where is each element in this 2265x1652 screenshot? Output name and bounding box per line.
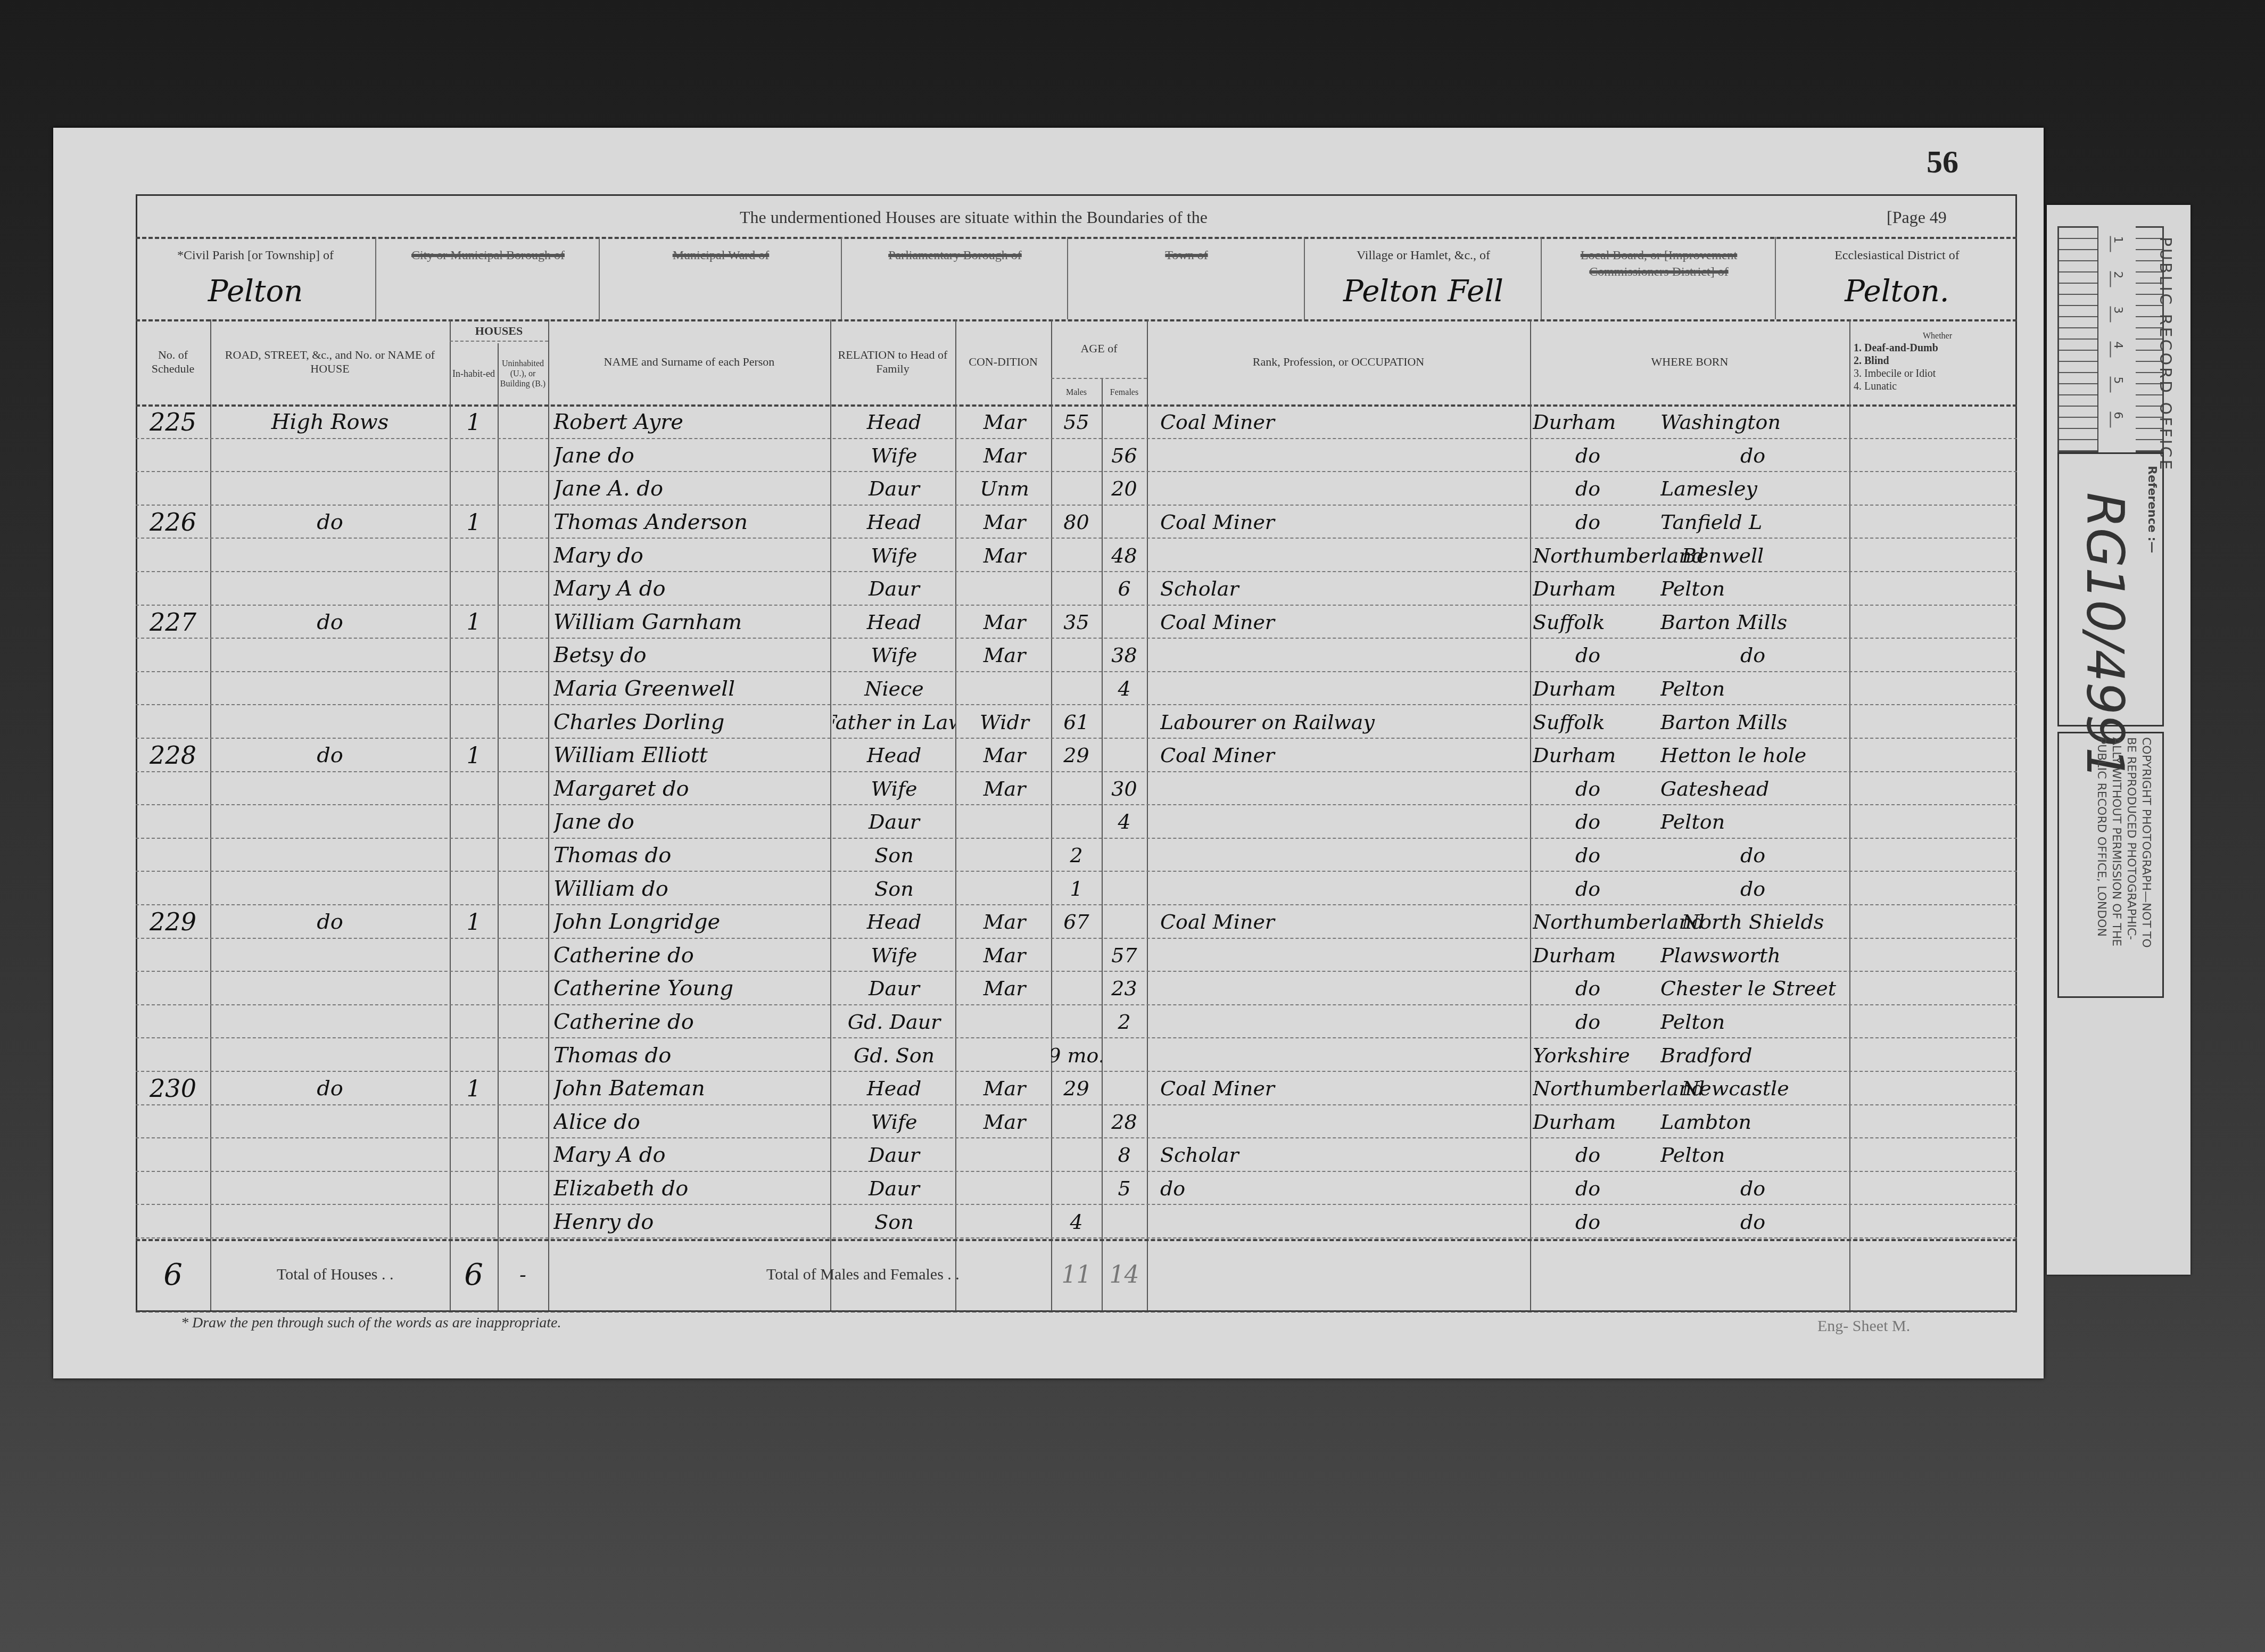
folio-stamp: 56: [1927, 144, 1958, 180]
cell-female: [1102, 1205, 1147, 1238]
cell-occupation: Coal Miner: [1160, 905, 1527, 939]
cell-male: [1051, 539, 1102, 572]
place-value: Pelton Fell: [1305, 274, 1542, 309]
cell-road: [210, 1005, 450, 1039]
cell-born-place: do: [1740, 439, 1852, 473]
cell-condition: [958, 1038, 1051, 1072]
cell-relation: Daur: [833, 1138, 955, 1172]
cell-born-place: Newcastle: [1682, 1072, 1852, 1105]
place-value: Pelton: [136, 274, 375, 309]
cell-name: Alice do: [553, 1105, 830, 1139]
cell-female: [1102, 705, 1147, 739]
divider: [136, 1310, 2017, 1312]
cell-female: [1102, 905, 1147, 939]
cell-inhabited: [450, 472, 498, 506]
cell-condition: [958, 1005, 1051, 1039]
cell-male: [1051, 772, 1102, 806]
cell-occupation: [1160, 805, 1527, 839]
cell-schedule: 228: [136, 739, 210, 772]
subheader-divider: [1051, 378, 1147, 379]
place-value: Pelton.: [1776, 274, 2018, 309]
cell-born-place: Gateshead: [1660, 772, 1852, 806]
cell-relation: Head: [833, 1072, 955, 1105]
cell-schedule: 230: [136, 1072, 210, 1105]
cell-name: John Bateman: [553, 1072, 830, 1105]
cell-road: [210, 705, 450, 739]
cell-inhabited: 1: [450, 506, 498, 539]
cell-female: [1102, 406, 1147, 439]
column-divider: [1147, 319, 1148, 1310]
scale-number: 5: [2110, 377, 2125, 393]
cell-road: do: [210, 1072, 450, 1105]
cell-male: [1051, 572, 1102, 606]
cell-inhabited: [450, 539, 498, 572]
total-houses-label: Total of Houses . .: [277, 1245, 447, 1304]
col-age: AGE of: [1051, 319, 1147, 378]
cell-female: 56: [1102, 439, 1147, 473]
cell-female: [1102, 872, 1147, 905]
cell-condition: Mar: [958, 539, 1051, 572]
cell-schedule: [136, 872, 210, 905]
cell-condition: Unm: [958, 472, 1051, 506]
cell-relation: Wife: [833, 1105, 955, 1139]
row-rule: [136, 1237, 2017, 1238]
col-females: Females: [1102, 381, 1147, 404]
cell-occupation: [1160, 539, 1527, 572]
total-persons-label: Total of Males and Females . .: [766, 1245, 1054, 1304]
cell-schedule: [136, 1005, 210, 1039]
cell-condition: Mar: [958, 739, 1051, 772]
cell-male: [1051, 672, 1102, 706]
cell-male: [1051, 639, 1102, 672]
cell-relation: Daur: [833, 972, 955, 1005]
cell-occupation: [1160, 1205, 1527, 1238]
column-divider: [1530, 319, 1531, 1310]
scale-number: 2: [2110, 271, 2125, 287]
total-schedules: 6: [136, 1245, 210, 1304]
column-divider: [830, 319, 831, 1310]
cell-occupation: Scholar: [1160, 1138, 1527, 1172]
place-label: Village or Hamlet, &c., of: [1310, 247, 1536, 264]
cell-male: [1051, 1172, 1102, 1205]
cell-inhabited: [450, 1038, 498, 1072]
cell-name: Mary A do: [553, 1138, 830, 1172]
cell-inhabited: [450, 839, 498, 872]
place-label: Town of: [1073, 247, 1300, 264]
public-record-office-strip: 123456 PUBLIC RECORD OFFICE Reference :—…: [2047, 205, 2190, 1275]
cell-schedule: 226: [136, 506, 210, 539]
cell-relation: Son: [833, 839, 955, 872]
cell-female: [1102, 839, 1147, 872]
cell-schedule: [136, 1138, 210, 1172]
cell-inhabited: [450, 705, 498, 739]
cell-condition: Mar: [958, 905, 1051, 939]
cell-condition: [958, 1205, 1051, 1238]
cell-born-place: do: [1740, 639, 1852, 672]
cell-occupation: [1160, 639, 1527, 672]
cell-occupation: Scholar: [1160, 572, 1527, 606]
cell-born-place: Pelton: [1660, 805, 1852, 839]
cell-female: 8: [1102, 1138, 1147, 1172]
col-occupation: Rank, Profession, or OCCUPATION: [1147, 319, 1530, 404]
cell-born-county: do: [1575, 1005, 1639, 1039]
cell-born-county: do: [1575, 439, 1639, 473]
cell-occupation: [1160, 1105, 1527, 1139]
cell-born-place: Hetton le hole: [1660, 739, 1852, 772]
cell-occupation: do: [1160, 1172, 1527, 1205]
cell-inhabited: [450, 639, 498, 672]
cell-condition: Mar: [958, 772, 1051, 806]
cell-condition: [958, 839, 1051, 872]
cell-name: John Longridge: [553, 905, 830, 939]
cell-schedule: [136, 472, 210, 506]
cell-born-place: do: [1740, 1205, 1852, 1238]
cell-female: [1102, 606, 1147, 639]
cell-schedule: 227: [136, 606, 210, 639]
cell-born-place: do: [1740, 839, 1852, 872]
cell-road: [210, 939, 450, 972]
cell-inhabited: [450, 772, 498, 806]
place-field: Town of: [1067, 237, 1305, 319]
cell-occupation: [1160, 439, 1527, 473]
column-divider: [498, 343, 499, 1310]
cell-female: 4: [1102, 672, 1147, 706]
col-houses: HOUSES: [450, 322, 548, 341]
cell-road: do: [210, 739, 450, 772]
cell-female: 28: [1102, 1105, 1147, 1139]
cell-female: [1102, 739, 1147, 772]
cell-inhabited: [450, 805, 498, 839]
cell-relation: Father in Law: [833, 705, 955, 739]
cell-born-place: Pelton: [1660, 1138, 1852, 1172]
col-condition: CON-DITION: [955, 319, 1051, 404]
footnote: * Draw the pen through such of the words…: [181, 1315, 561, 1332]
cell-road: [210, 572, 450, 606]
cell-inhabited: [450, 1005, 498, 1039]
cell-schedule: [136, 805, 210, 839]
col-males: Males: [1051, 381, 1102, 404]
scale-boxes: 123456: [2097, 226, 2136, 452]
cell-name: Margaret do: [553, 772, 830, 806]
cell-relation: Wife: [833, 772, 955, 806]
cell-inhabited: [450, 1172, 498, 1205]
cell-road: [210, 639, 450, 672]
cell-relation: Wife: [833, 639, 955, 672]
cell-male: [1051, 439, 1102, 473]
cell-male: 67: [1051, 905, 1102, 939]
cell-road: [210, 1138, 450, 1172]
place-label: *Civil Parish [or Township] of: [141, 247, 370, 264]
cell-schedule: [136, 539, 210, 572]
cell-born-county: do: [1575, 1205, 1639, 1238]
cell-schedule: 225: [136, 406, 210, 439]
cell-born-place: Plawsworth: [1660, 939, 1852, 972]
total-houses-uninhabited: -: [498, 1245, 548, 1304]
cell-condition: Mar: [958, 639, 1051, 672]
cell-male: [1051, 1005, 1102, 1039]
cell-occupation: Coal Miner: [1160, 506, 1527, 539]
cell-condition: [958, 805, 1051, 839]
cell-female: 2: [1102, 1005, 1147, 1039]
cell-condition: Mar: [958, 939, 1051, 972]
scale-number: 3: [2110, 307, 2125, 323]
cell-name: Henry do: [553, 1205, 830, 1238]
place-label: Municipal Ward of: [605, 247, 837, 264]
cell-male: [1051, 1138, 1102, 1172]
cell-born-county: do: [1575, 805, 1639, 839]
cell-condition: [958, 1172, 1051, 1205]
column-divider: [548, 319, 549, 1310]
cell-male: 2: [1051, 839, 1102, 872]
cell-name: Mary A do: [553, 572, 830, 606]
cell-road: [210, 539, 450, 572]
scale-number: 1: [2110, 236, 2125, 252]
cell-road: [210, 439, 450, 473]
cell-inhabited: 1: [450, 739, 498, 772]
cell-schedule: [136, 705, 210, 739]
cell-name: Maria Greenwell: [553, 672, 830, 706]
cell-male: 35: [1051, 606, 1102, 639]
cell-born-county: do: [1575, 839, 1639, 872]
cell-schedule: [136, 1205, 210, 1238]
cell-born-county: do: [1575, 639, 1639, 672]
cell-relation: Gd. Daur: [833, 1005, 955, 1039]
cell-inhabited: [450, 439, 498, 473]
cell-condition: [958, 1138, 1051, 1172]
cell-male: 55: [1051, 406, 1102, 439]
cell-schedule: [136, 639, 210, 672]
cell-name: Thomas do: [553, 839, 830, 872]
cell-name: Jane do: [553, 439, 830, 473]
cell-born-place: Pelton: [1660, 1005, 1852, 1039]
cell-road: do: [210, 905, 450, 939]
cell-occupation: [1160, 672, 1527, 706]
cell-name: Elizabeth do: [553, 1172, 830, 1205]
cell-born-county: do: [1575, 506, 1639, 539]
cell-name: Mary do: [553, 539, 830, 572]
total-houses-inhabited: 6: [450, 1245, 498, 1304]
cell-relation: Wife: [833, 539, 955, 572]
cell-inhabited: [450, 939, 498, 972]
cell-occupation: Labourer on Railway: [1160, 705, 1527, 739]
cell-condition: Mar: [958, 1072, 1051, 1105]
cell-female: 38: [1102, 639, 1147, 672]
cell-schedule: [136, 572, 210, 606]
cell-relation: Gd. Son: [833, 1038, 955, 1072]
cell-male: 9 mo.: [1051, 1038, 1102, 1072]
col-schedule: No. of Schedule: [136, 319, 210, 404]
cell-occupation: [1160, 972, 1527, 1005]
cell-inhabited: [450, 1138, 498, 1172]
cell-occupation: [1160, 1038, 1527, 1072]
cell-occupation: [1160, 939, 1527, 972]
sheet-mark: Eng- Sheet M.: [1817, 1317, 1910, 1335]
cell-inhabited: 1: [450, 606, 498, 639]
cell-name: Thomas Anderson: [553, 506, 830, 539]
cell-born-county: do: [1575, 1172, 1639, 1205]
cell-name: Betsy do: [553, 639, 830, 672]
cell-occupation: [1160, 472, 1527, 506]
cell-road: [210, 1105, 450, 1139]
cell-born-place: Pelton: [1660, 672, 1852, 706]
cell-relation: Son: [833, 872, 955, 905]
place-field: City or Municipal Borough of: [375, 237, 600, 319]
cell-male: [1051, 939, 1102, 972]
cell-inhabited: 1: [450, 1072, 498, 1105]
subheader-divider: [450, 341, 548, 342]
cell-schedule: [136, 839, 210, 872]
cell-schedule: [136, 939, 210, 972]
cell-schedule: [136, 1038, 210, 1072]
cell-road: [210, 972, 450, 1005]
cell-relation: Head: [833, 905, 955, 939]
total-females: 14: [1102, 1245, 1147, 1304]
cell-male: [1051, 472, 1102, 506]
place-label: Parliamentary Borough of: [847, 247, 1063, 264]
place-field: Village or Hamlet, &c., ofPelton Fell: [1304, 237, 1542, 319]
cell-male: [1051, 805, 1102, 839]
cell-female: 5: [1102, 1172, 1147, 1205]
cell-name: Robert Ayre: [553, 406, 830, 439]
cell-born-place: Washington: [1660, 406, 1852, 439]
cell-name: William do: [553, 872, 830, 905]
cell-road: [210, 772, 450, 806]
cell-schedule: [136, 1105, 210, 1139]
cell-female: [1102, 1038, 1147, 1072]
cell-inhabited: [450, 972, 498, 1005]
cell-female: 48: [1102, 539, 1147, 572]
cell-inhabited: 1: [450, 905, 498, 939]
cell-relation: Son: [833, 1205, 955, 1238]
pro-title: PUBLIC RECORD OFFICE: [2156, 237, 2175, 472]
cell-born-place: Barton Mills: [1660, 705, 1852, 739]
col-uninhabited: Uninhabited (U.), or Building (B.): [498, 343, 548, 404]
cell-name: Charles Dorling: [553, 705, 830, 739]
cell-condition: Mar: [958, 506, 1051, 539]
cell-condition: Mar: [958, 406, 1051, 439]
cell-condition: [958, 672, 1051, 706]
cell-female: [1102, 506, 1147, 539]
cell-born-county: do: [1575, 972, 1639, 1005]
cell-road: [210, 472, 450, 506]
cell-condition: Widr: [958, 705, 1051, 739]
cell-born-place: Bradford: [1660, 1038, 1852, 1072]
cell-name: Catherine Young: [553, 972, 830, 1005]
cell-occupation: [1160, 772, 1527, 806]
col-inhabited: In-habit-ed: [450, 343, 498, 404]
cell-born-place: Barton Mills: [1660, 606, 1852, 639]
cell-schedule: [136, 439, 210, 473]
cell-relation: Daur: [833, 472, 955, 506]
cell-road: [210, 1038, 450, 1072]
cell-name: Catherine do: [553, 939, 830, 972]
place-field: *Civil Parish [or Township] ofPelton: [136, 237, 375, 319]
cell-inhabited: [450, 572, 498, 606]
col-road: ROAD, STREET, &c., and No. or NAME of HO…: [210, 319, 450, 404]
cell-relation: Daur: [833, 1172, 955, 1205]
cell-female: 23: [1102, 972, 1147, 1005]
cell-name: Catherine do: [553, 1005, 830, 1039]
cell-relation: Head: [833, 506, 955, 539]
cell-male: 61: [1051, 705, 1102, 739]
cell-name: Jane A. do: [553, 472, 830, 506]
cell-relation: Wife: [833, 939, 955, 972]
cell-occupation: Coal Miner: [1160, 1072, 1527, 1105]
cell-condition: Mar: [958, 972, 1051, 1005]
cell-born-place: Benwell: [1682, 539, 1852, 572]
cell-condition: [958, 872, 1051, 905]
cell-inhabited: [450, 872, 498, 905]
cell-name: William Elliott: [553, 739, 830, 772]
cell-born-county: do: [1575, 1138, 1639, 1172]
cell-road: [210, 1172, 450, 1205]
cell-female: 20: [1102, 472, 1147, 506]
cell-born-place: Lamesley: [1660, 472, 1852, 506]
cell-inhabited: [450, 1105, 498, 1139]
page-number: [Page 49: [1887, 208, 1947, 227]
scale-number: 6: [2110, 412, 2125, 428]
cell-relation: Daur: [833, 805, 955, 839]
cell-occupation: [1160, 872, 1527, 905]
cell-male: 29: [1051, 1072, 1102, 1105]
cell-female: [1102, 1072, 1147, 1105]
cell-male: [1051, 972, 1102, 1005]
cell-relation: Head: [833, 739, 955, 772]
cell-name: William Garnham: [553, 606, 830, 639]
cell-relation: Head: [833, 406, 955, 439]
cell-condition: Mar: [958, 1105, 1051, 1139]
cell-schedule: 229: [136, 905, 210, 939]
cell-female: 30: [1102, 772, 1147, 806]
cell-born-county: do: [1575, 472, 1639, 506]
column-divider: [955, 319, 956, 1310]
cell-born-place: do: [1740, 1172, 1852, 1205]
cell-inhabited: 1: [450, 406, 498, 439]
cell-road: [210, 805, 450, 839]
cell-road: [210, 1205, 450, 1238]
cell-road: [210, 839, 450, 872]
total-males: 11: [1051, 1245, 1102, 1304]
col-name: NAME and Surname of each Person: [548, 319, 830, 404]
cell-relation: Wife: [833, 439, 955, 473]
cell-born-place: do: [1740, 872, 1852, 905]
cell-born-county: do: [1575, 872, 1639, 905]
place-field: Municipal Ward of: [599, 237, 842, 319]
cell-schedule: [136, 972, 210, 1005]
col-where-born: WHERE BORN: [1530, 319, 1849, 404]
place-label: Ecclesiastical District of: [1781, 247, 2013, 264]
cell-occupation: Coal Miner: [1160, 406, 1527, 439]
cell-female: 57: [1102, 939, 1147, 972]
cell-born-county: do: [1575, 772, 1639, 806]
cell-condition: Mar: [958, 439, 1051, 473]
cell-road: do: [210, 606, 450, 639]
cell-born-place: Tanfield L: [1660, 506, 1852, 539]
place-label: City or Municipal Borough of: [382, 247, 594, 264]
cell-born-place: Pelton: [1660, 572, 1852, 606]
cell-road: [210, 672, 450, 706]
cell-schedule: [136, 1172, 210, 1205]
place-field: Local Board, or [Improvement Commissione…: [1541, 237, 1776, 319]
cell-name: Jane do: [553, 805, 830, 839]
cell-schedule: [136, 772, 210, 806]
cell-inhabited: [450, 1205, 498, 1238]
cell-schedule: [136, 672, 210, 706]
cell-condition: [958, 572, 1051, 606]
boundary-heading: The undermentioned Houses are situate wi…: [740, 208, 1208, 227]
cell-inhabited: [450, 672, 498, 706]
cell-relation: Daur: [833, 572, 955, 606]
